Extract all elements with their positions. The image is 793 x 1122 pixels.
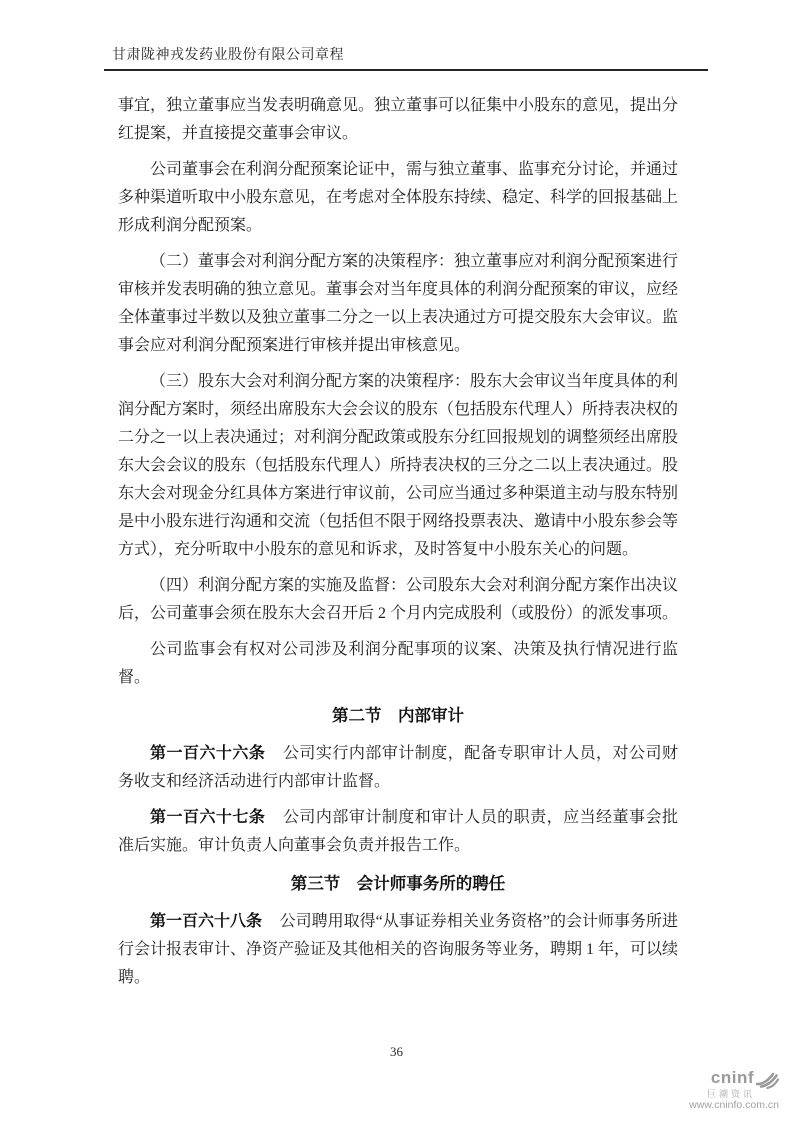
paragraph: （三）股东大会对利润分配方案的决策程序：股东大会审议当年度具体的利润分配方案时，… [118,368,678,564]
paragraph: 事宜，独立董事应当发表明确意见。独立董事可以征集中小股东的意见，提出分红提案，并… [118,92,678,148]
article-paragraph: 第一百六十八条公司聘用取得“从事证券相关业务资格”的会计师事务所进行会计报表审计… [118,908,678,992]
section-heading-accounting-firm: 第三节 会计师事务所的聘任 [118,870,678,898]
article-number: 第一百六十七条 [150,809,265,826]
paragraph: 公司董事会在利润分配预案论证中，需与独立董事、监事充分讨论，并通过多种渠道听取中… [118,156,678,240]
paragraph: 公司监事会有权对公司涉及利润分配事项的议案、决策及执行情况进行监督。 [118,636,678,692]
cninfo-brand-text: cninf [711,1069,754,1088]
article-paragraph: 第一百六十六条公司实行内部审计制度，配备专职审计人员，对公司财务收支和经济活动进… [118,740,678,796]
paragraph: （四）利润分配方案的实施及监督：公司股东大会对利润分配方案作出决议后，公司董事会… [118,572,678,628]
document-page: 甘肃陇神戎发药业股份有限公司章程 事宜，独立董事应当发表明确意见。独立董事可以征… [0,0,793,1122]
article-number: 第一百六十八条 [150,913,262,930]
article-number: 第一百六十六条 [150,745,265,762]
article-paragraph: 第一百六十七条公司内部审计制度和审计人员的职责，应当经董事会批准后实施。审计负责… [118,804,678,860]
cninfo-swirl-icon [755,1069,779,1089]
paragraph: （二）董事会对利润分配方案的决策程序：独立董事应对利润分配预案进行审核并发表明确… [118,248,678,360]
document-body: 事宜，独立董事应当发表明确意见。独立董事可以征集中小股东的意见，提出分红提案，并… [118,92,678,1000]
cninfo-chinese-name: 巨潮资讯 [659,1090,755,1100]
cninfo-brand-row: cninf [659,1069,779,1089]
page-header: 甘肃陇神戎发药业股份有限公司章程 [104,44,708,71]
header-title: 甘肃陇神戎发药业股份有限公司章程 [104,44,708,64]
section-heading-internal-audit: 第二节 内部审计 [118,702,678,730]
page-number: 36 [0,1044,793,1060]
cninfo-url: www.cninfo.com.cn [659,1100,779,1112]
cninfo-watermark: cninf 巨潮资讯 www.cninfo.com.cn [659,1069,779,1112]
